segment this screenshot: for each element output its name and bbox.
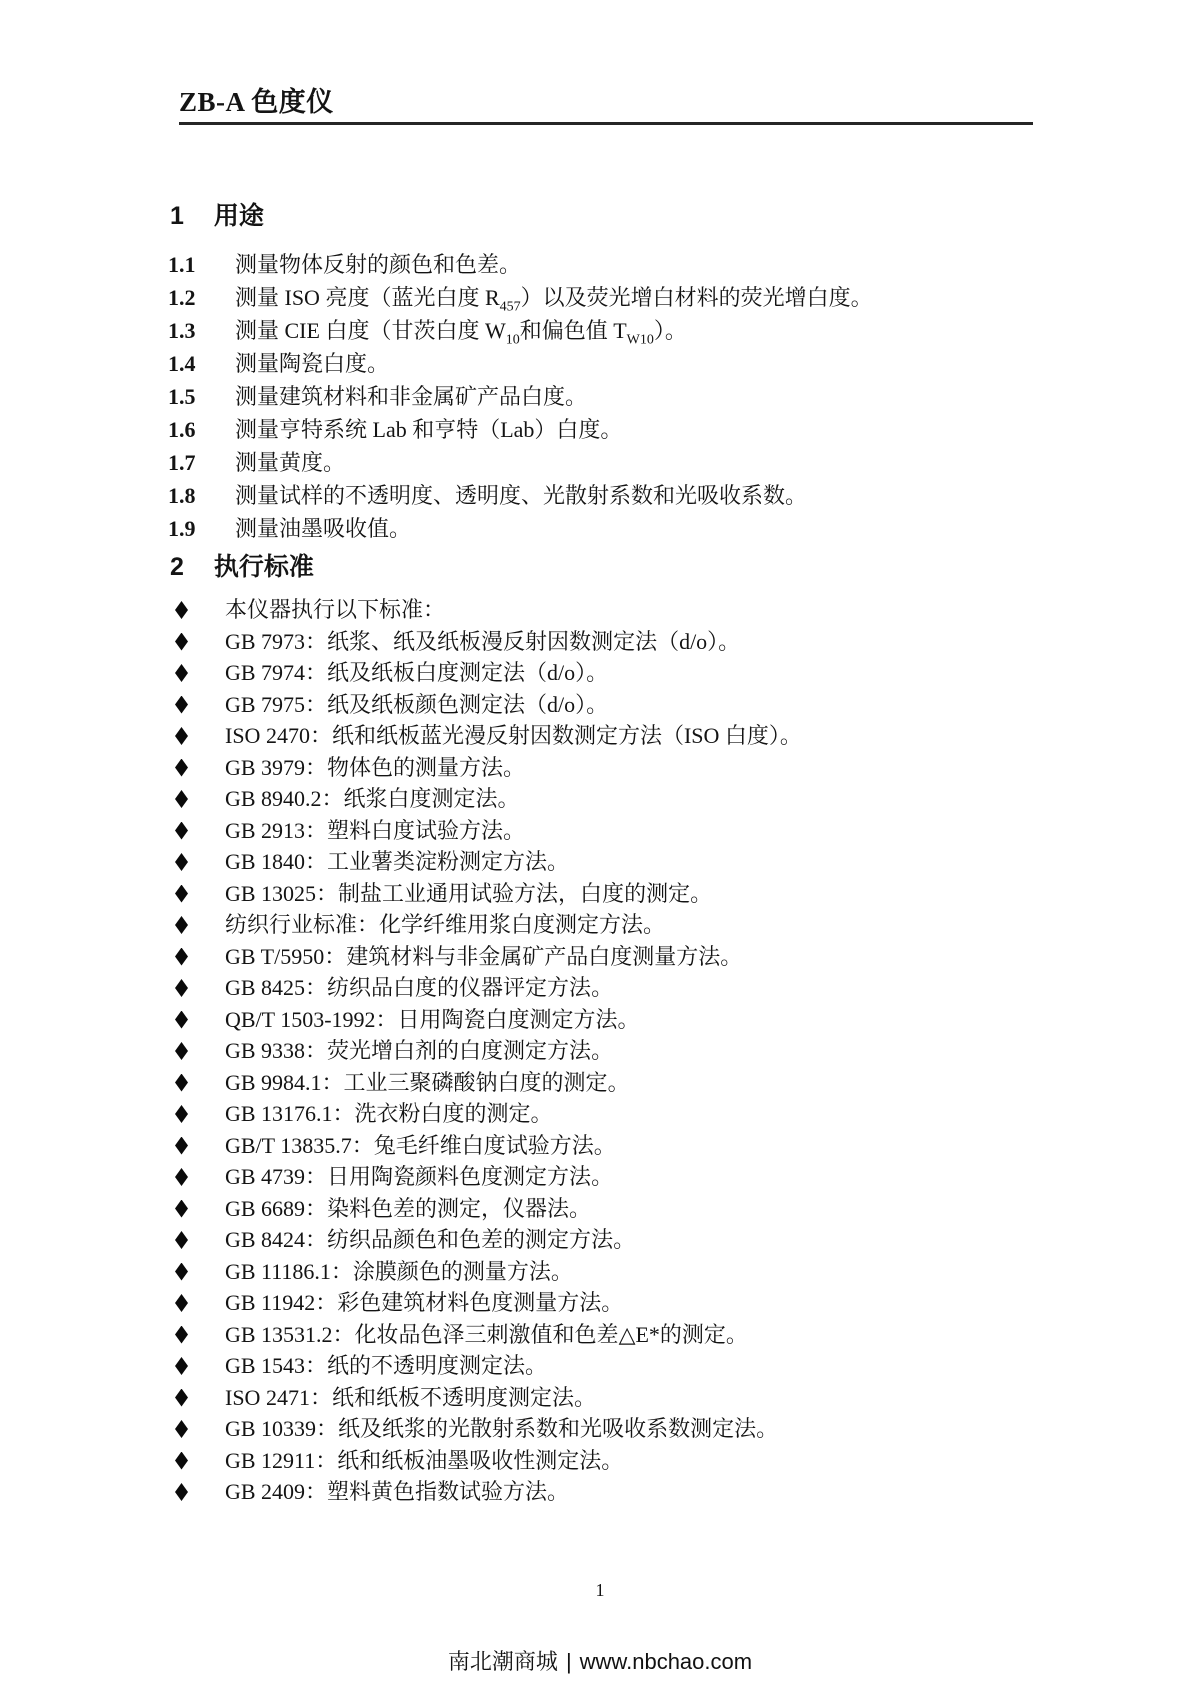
item-number: 1.4 bbox=[168, 347, 235, 380]
item-text: 测量 CIE 白度（甘茨白度 W10和偏色值 TW10）。 bbox=[235, 314, 687, 347]
section-2-heading: 2 执行标准 bbox=[170, 547, 314, 583]
list-item: GB 8424：纺织品颜色和色差的测定方法。 bbox=[168, 1224, 1068, 1256]
item-text: GB 13025：制盐工业通用试验方法，白度的测定。 bbox=[225, 878, 712, 910]
list-item: GB 7974：纸及纸板白度测定法（d/o）。 bbox=[168, 657, 1068, 689]
diamond-bullet-icon bbox=[168, 1130, 225, 1162]
list-item: 纺织行业标准：化学纤维用浆白度测定方法。 bbox=[168, 909, 1068, 941]
list-item: 1.1 测量物体反射的颜色和色差。 bbox=[168, 248, 1068, 281]
standards-list: 本仪器执行以下标准： GB 7973：纸浆、纸及纸板漫反射因数测定法（d/o）。… bbox=[168, 594, 1068, 1508]
item-text: GB 3979：物体色的测量方法。 bbox=[225, 752, 525, 784]
list-item: GB 7975：纸及纸板颜色测定法（d/o）。 bbox=[168, 689, 1068, 721]
diamond-bullet-icon bbox=[168, 720, 225, 752]
item-text: GB 11186.1：涂膜颜色的测量方法。 bbox=[225, 1256, 573, 1288]
list-item: GB 13531.2：化妆品色泽三刺激值和色差△E*的测定。 bbox=[168, 1319, 1068, 1351]
item-text: 测量亨特系统 Lab 和亨特（Lab）白度。 bbox=[235, 413, 622, 446]
diamond-bullet-icon bbox=[168, 878, 225, 910]
list-item: GB 7973：纸浆、纸及纸板漫反射因数测定法（d/o）。 bbox=[168, 626, 1068, 658]
diamond-bullet-icon bbox=[168, 1256, 225, 1288]
list-item: GB T/5950：建筑材料与非金属矿产品白度测量方法。 bbox=[168, 941, 1068, 973]
item-number: 1.2 bbox=[168, 281, 235, 314]
list-item: 1.9 测量油墨吸收值。 bbox=[168, 512, 1068, 545]
list-item: GB 8425：纺织品白度的仪器评定方法。 bbox=[168, 972, 1068, 1004]
list-item: GB 2913：塑料白度试验方法。 bbox=[168, 815, 1068, 847]
diamond-bullet-icon bbox=[168, 1035, 225, 1067]
footer-separator: | bbox=[566, 1649, 572, 1674]
item-text: ISO 2470：纸和纸板蓝光漫反射因数测定方法（ISO 白度）。 bbox=[225, 720, 802, 752]
list-item: QB/T 1503-1992：日用陶瓷白度测定方法。 bbox=[168, 1004, 1068, 1036]
list-item: ISO 2471：纸和纸板不透明度测定法。 bbox=[168, 1382, 1068, 1414]
diamond-bullet-icon bbox=[168, 1350, 225, 1382]
item-text: GB 8940.2：纸浆白度测定法。 bbox=[225, 783, 520, 815]
list-item: GB 9338：荧光增白剂的白度测定方法。 bbox=[168, 1035, 1068, 1067]
footer-url: www.nbchao.com bbox=[580, 1649, 752, 1674]
item-text: GB 1543：纸的不透明度测定法。 bbox=[225, 1350, 547, 1382]
list-item: GB 3979：物体色的测量方法。 bbox=[168, 752, 1068, 784]
item-number: 1.1 bbox=[168, 248, 235, 281]
item-text: GB 10339：纸及纸浆的光散射系数和光吸收系数测定法。 bbox=[225, 1413, 778, 1445]
diamond-bullet-icon bbox=[168, 1445, 225, 1477]
item-text: GB 6689：染料色差的测定，仪器法。 bbox=[225, 1193, 591, 1225]
item-text: GB 8425：纺织品白度的仪器评定方法。 bbox=[225, 972, 613, 1004]
item-text: QB/T 1503-1992：日用陶瓷白度测定方法。 bbox=[225, 1004, 640, 1036]
diamond-bullet-icon bbox=[168, 1287, 225, 1319]
diamond-bullet-icon bbox=[168, 1098, 225, 1130]
list-item: 1.7 测量黄度。 bbox=[168, 446, 1068, 479]
diamond-bullet-icon bbox=[168, 1382, 225, 1414]
diamond-bullet-icon bbox=[168, 689, 225, 721]
item-text: 测量陶瓷白度。 bbox=[235, 347, 389, 380]
list-item: GB 2409：塑料黄色指数试验方法。 bbox=[168, 1476, 1068, 1508]
title-rule bbox=[179, 122, 1033, 125]
list-item: 1.4 测量陶瓷白度。 bbox=[168, 347, 1068, 380]
item-text: GB 7973：纸浆、纸及纸板漫反射因数测定法（d/o）。 bbox=[225, 626, 740, 658]
list-item: GB 1840：工业薯类淀粉测定方法。 bbox=[168, 846, 1068, 878]
diamond-bullet-icon bbox=[168, 1413, 225, 1445]
item-text: GB T/5950：建筑材料与非金属矿产品白度测量方法。 bbox=[225, 941, 742, 973]
diamond-bullet-icon bbox=[168, 815, 225, 847]
diamond-bullet-icon bbox=[168, 1476, 225, 1508]
item-number: 1.9 bbox=[168, 512, 235, 545]
item-text: GB 9338：荧光增白剂的白度测定方法。 bbox=[225, 1035, 613, 1067]
diamond-bullet-icon bbox=[168, 752, 225, 784]
diamond-bullet-icon bbox=[168, 1319, 225, 1351]
section-1-title: 用途 bbox=[214, 196, 264, 232]
item-text: 本仪器执行以下标准： bbox=[225, 594, 445, 626]
diamond-bullet-icon bbox=[168, 1224, 225, 1256]
item-text: 测量黄度。 bbox=[235, 446, 345, 479]
item-number: 1.3 bbox=[168, 314, 235, 347]
item-text: GB 7975：纸及纸板颜色测定法（d/o）。 bbox=[225, 689, 608, 721]
item-text: ISO 2471：纸和纸板不透明度测定法。 bbox=[225, 1382, 596, 1414]
list-item: 1.5 测量建筑材料和非金属矿产品白度。 bbox=[168, 380, 1068, 413]
diamond-bullet-icon bbox=[168, 1193, 225, 1225]
item-number: 1.8 bbox=[168, 479, 235, 512]
document-title: ZB-A 色度仪 bbox=[179, 80, 334, 119]
list-item: GB 1543：纸的不透明度测定法。 bbox=[168, 1350, 1068, 1382]
diamond-bullet-icon bbox=[168, 1161, 225, 1193]
diamond-bullet-icon bbox=[168, 594, 225, 626]
diamond-bullet-icon bbox=[168, 941, 225, 973]
item-text: GB 2409：塑料黄色指数试验方法。 bbox=[225, 1476, 569, 1508]
list-item: GB 8940.2：纸浆白度测定法。 bbox=[168, 783, 1068, 815]
diamond-bullet-icon bbox=[168, 972, 225, 1004]
item-text: GB 11942：彩色建筑材料色度测量方法。 bbox=[225, 1287, 623, 1319]
item-text: GB 1840：工业薯类淀粉测定方法。 bbox=[225, 846, 569, 878]
item-text: 测量试样的不透明度、透明度、光散射系数和光吸收系数。 bbox=[235, 479, 807, 512]
list-item: ISO 2470：纸和纸板蓝光漫反射因数测定方法（ISO 白度）。 bbox=[168, 720, 1068, 752]
list-item: GB 11186.1：涂膜颜色的测量方法。 bbox=[168, 1256, 1068, 1288]
item-number: 1.7 bbox=[168, 446, 235, 479]
list-item: GB 12911：纸和纸板油墨吸收性测定法。 bbox=[168, 1445, 1068, 1477]
item-text: GB 12911：纸和纸板油墨吸收性测定法。 bbox=[225, 1445, 623, 1477]
footer: 南北潮商城|www.nbchao.com bbox=[0, 1645, 1200, 1676]
list-item: 1.6 测量亨特系统 Lab 和亨特（Lab）白度。 bbox=[168, 413, 1068, 446]
footer-site-name: 南北潮商城 bbox=[448, 1649, 558, 1674]
item-number: 1.6 bbox=[168, 413, 235, 446]
list-item: 1.2 测量 ISO 亮度（蓝光白度 R457）以及荧光增白材料的荧光增白度。 bbox=[168, 281, 1068, 314]
section-2-title: 执行标准 bbox=[214, 547, 314, 583]
page-number: 1 bbox=[0, 1580, 1200, 1601]
item-text: GB 9984.1：工业三聚磷酸钠白度的测定。 bbox=[225, 1067, 630, 1099]
diamond-bullet-icon bbox=[168, 626, 225, 658]
section-1-heading: 1 用途 bbox=[170, 196, 264, 232]
list-item: GB 9984.1：工业三聚磷酸钠白度的测定。 bbox=[168, 1067, 1068, 1099]
item-text: 测量物体反射的颜色和色差。 bbox=[235, 248, 521, 281]
item-text: GB 8424：纺织品颜色和色差的测定方法。 bbox=[225, 1224, 635, 1256]
item-text: 纺织行业标准：化学纤维用浆白度测定方法。 bbox=[225, 909, 665, 941]
section-1-number: 1 bbox=[170, 202, 184, 231]
item-text: GB 13176.1：洗衣粉白度的测定。 bbox=[225, 1098, 553, 1130]
item-text: GB/T 13835.7：兔毛纤维白度试验方法。 bbox=[225, 1130, 616, 1162]
list-item: GB 10339：纸及纸浆的光散射系数和光吸收系数测定法。 bbox=[168, 1413, 1068, 1445]
diamond-bullet-icon bbox=[168, 1004, 225, 1036]
section-2-number: 2 bbox=[170, 553, 184, 582]
list-item: GB 4739：日用陶瓷颜料色度测定方法。 bbox=[168, 1161, 1068, 1193]
item-text: 测量油墨吸收值。 bbox=[235, 512, 411, 545]
item-text: GB 7974：纸及纸板白度测定法（d/o）。 bbox=[225, 657, 608, 689]
list-item: GB 6689：染料色差的测定，仪器法。 bbox=[168, 1193, 1068, 1225]
item-number: 1.5 bbox=[168, 380, 235, 413]
list-item: GB/T 13835.7：兔毛纤维白度试验方法。 bbox=[168, 1130, 1068, 1162]
item-text: GB 2913：塑料白度试验方法。 bbox=[225, 815, 525, 847]
item-text: 测量建筑材料和非金属矿产品白度。 bbox=[235, 380, 587, 413]
list-item: GB 11942：彩色建筑材料色度测量方法。 bbox=[168, 1287, 1068, 1319]
uses-list: 1.1 测量物体反射的颜色和色差。 1.2 测量 ISO 亮度（蓝光白度 R45… bbox=[168, 248, 1068, 545]
list-item: 1.3 测量 CIE 白度（甘茨白度 W10和偏色值 TW10）。 bbox=[168, 314, 1068, 347]
list-item: 本仪器执行以下标准： bbox=[168, 594, 1068, 626]
diamond-bullet-icon bbox=[168, 657, 225, 689]
diamond-bullet-icon bbox=[168, 1067, 225, 1099]
list-item: GB 13025：制盐工业通用试验方法，白度的测定。 bbox=[168, 878, 1068, 910]
item-text: 测量 ISO 亮度（蓝光白度 R457）以及荧光增白材料的荧光增白度。 bbox=[235, 281, 873, 314]
diamond-bullet-icon bbox=[168, 909, 225, 941]
list-item: GB 13176.1：洗衣粉白度的测定。 bbox=[168, 1098, 1068, 1130]
diamond-bullet-icon bbox=[168, 783, 225, 815]
item-text: GB 13531.2：化妆品色泽三刺激值和色差△E*的测定。 bbox=[225, 1319, 748, 1351]
item-text: GB 4739：日用陶瓷颜料色度测定方法。 bbox=[225, 1161, 613, 1193]
list-item: 1.8 测量试样的不透明度、透明度、光散射系数和光吸收系数。 bbox=[168, 479, 1068, 512]
diamond-bullet-icon bbox=[168, 846, 225, 878]
